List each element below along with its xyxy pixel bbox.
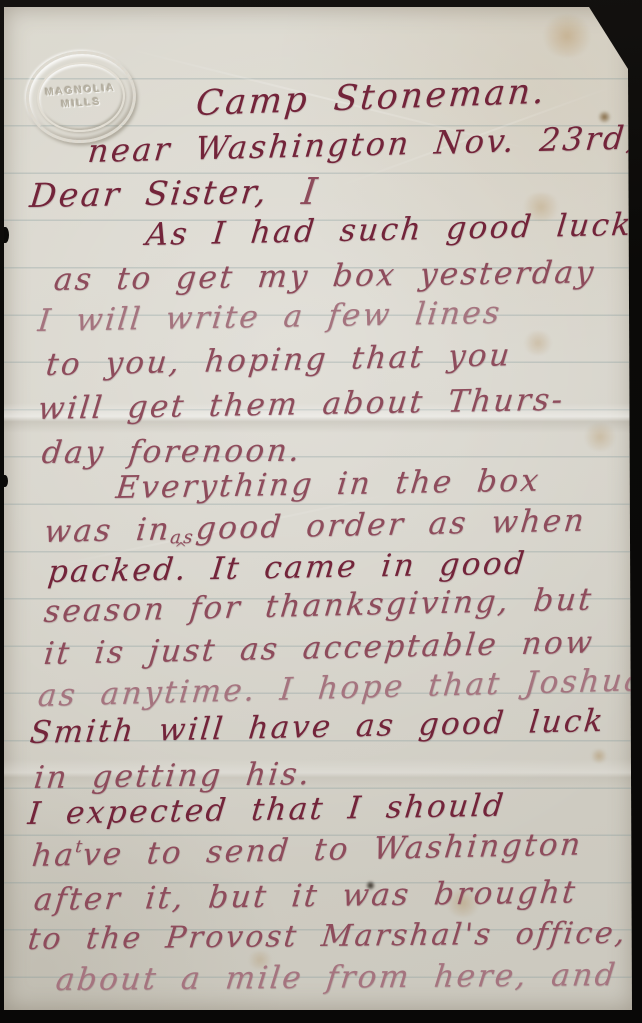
heading-date-line: near Washington Nov. 23rd, 1863 bbox=[86, 119, 634, 167]
letter-line: packed. It came in good bbox=[46, 549, 528, 588]
letter-line: Everything in the box bbox=[114, 466, 542, 504]
stamp-text-line2: MILLS bbox=[61, 96, 102, 112]
paper-stain bbox=[590, 749, 608, 763]
letter-line: it is just as acceptable now bbox=[42, 627, 595, 670]
paper-stain bbox=[582, 423, 618, 451]
letter-line: to you, hoping that you bbox=[44, 340, 513, 381]
inserted-word: as^ bbox=[169, 533, 196, 553]
letter-line: Smith will have as good luck bbox=[28, 706, 606, 749]
paper-edge-chip bbox=[4, 475, 8, 487]
letter-line: to the Provost Marshal's office, bbox=[26, 919, 629, 955]
salutation: Dear Sister, bbox=[28, 175, 270, 212]
letter-line: As I had such good luck bbox=[144, 210, 634, 251]
salutation-flourish: I bbox=[300, 173, 322, 210]
paper-edge-chip bbox=[4, 227, 9, 243]
letter-line: I expected that I should bbox=[26, 791, 507, 830]
heading-place-line: Camp Stoneman. bbox=[194, 75, 547, 122]
letter-line: after it, but it was brought bbox=[32, 877, 579, 916]
letter-page: MAGNOLIA MILLS Camp Stoneman. near Washi… bbox=[4, 7, 634, 1010]
scanned-letter: MAGNOLIA MILLS Camp Stoneman. near Washi… bbox=[0, 0, 642, 1023]
letter-line: about a mile from here, and bbox=[54, 960, 619, 996]
letter-line: day forenoon. bbox=[40, 436, 303, 469]
letter-line: as to get my box yesterday bbox=[52, 257, 597, 296]
letter-line: I will write a few lines bbox=[36, 298, 503, 337]
paper-stain bbox=[540, 15, 594, 57]
letter-line: season for thanksgiving, but bbox=[42, 584, 594, 628]
letter-line: hatve to send to Washington bbox=[30, 829, 584, 872]
letter-line: in getting his. bbox=[32, 759, 313, 794]
inserted-letter: t bbox=[74, 837, 85, 857]
paper-stain bbox=[522, 331, 554, 355]
letter-line: will get them about Thurs- bbox=[36, 385, 566, 425]
